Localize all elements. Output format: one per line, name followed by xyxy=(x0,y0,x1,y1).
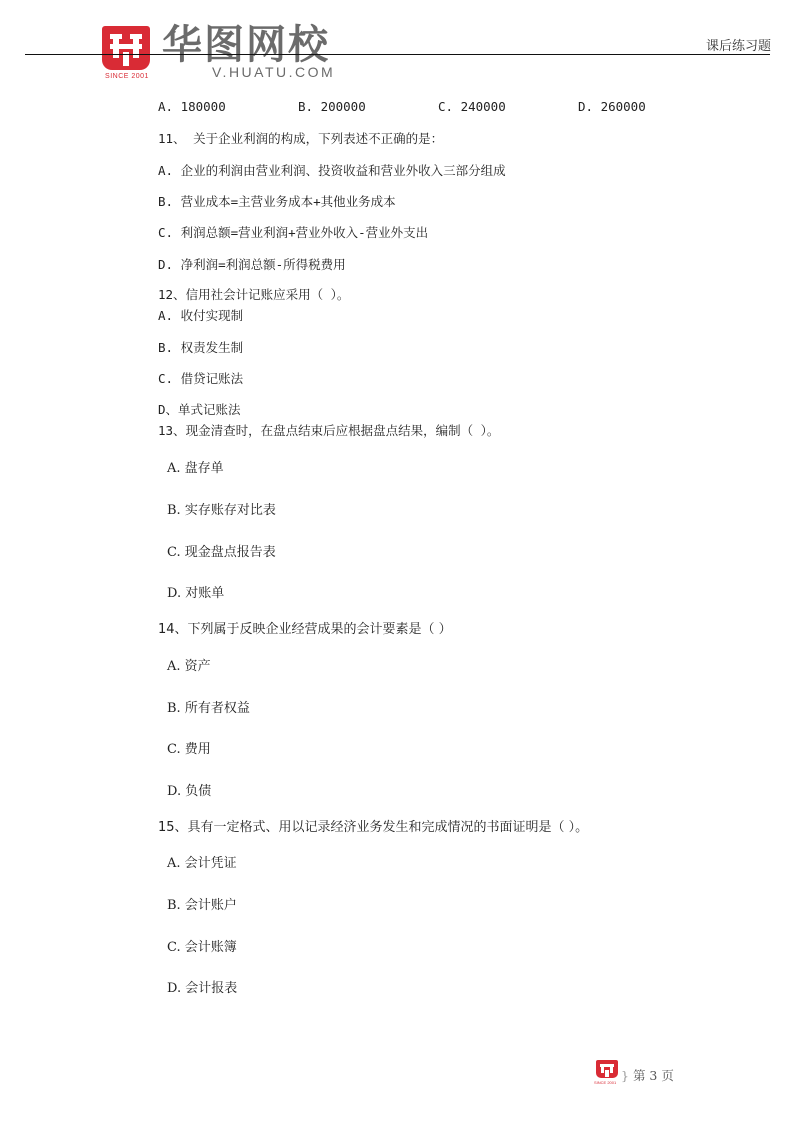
question-stem: 15、具有一定格式、用以记录经济业务发生和完成情况的书面证明是（ ）。 xyxy=(158,816,588,835)
option-a: A. 会计凭证 xyxy=(167,852,237,871)
question-stem: 13、现金清查时，在盘点结束后应根据盘点结果，编制（ ）。 xyxy=(158,421,499,439)
question-number: 14、 xyxy=(158,622,188,637)
option-a: A. 收付实现制 xyxy=(158,306,243,324)
question-number: 11、 xyxy=(158,131,186,146)
page-label: 第 3 页 xyxy=(633,1068,674,1083)
option-c: C. 现金盘点报告表 xyxy=(167,541,276,560)
footer-since-text: SINCE 2001 xyxy=(594,1080,616,1085)
option-c: C. 利润总额=营业利润+营业外收入-营业外支出 xyxy=(158,223,428,241)
option-a: A. 企业的利润由营业利润、投资收益和营业外收入三部分组成 xyxy=(158,161,506,179)
option-c: C. 借贷记账法 xyxy=(158,369,243,387)
page-number: } 第 3 页 xyxy=(621,1066,674,1084)
option-b: B. 实存账存对比表 xyxy=(167,499,276,518)
option-b: B. 会计账户 xyxy=(167,894,237,913)
question-number: 15、 xyxy=(158,820,188,835)
question-number: 12、 xyxy=(158,287,186,302)
logo-since-text: SINCE 2001 xyxy=(102,73,152,80)
question-stem: 12、信用社会计记账应采用（ ）。 xyxy=(158,285,349,303)
question-number: 13、 xyxy=(158,423,186,438)
option-c: C. 会计账簿 xyxy=(167,936,237,955)
brand-name: 华图网校 xyxy=(162,22,330,68)
header-divider xyxy=(25,54,770,55)
shield-logo-icon xyxy=(102,26,150,70)
question-text: 信用社会计记账应采用（ ）。 xyxy=(186,287,350,302)
option-d: D. 对账单 xyxy=(167,582,224,601)
brand-url: V.HUATU.COM xyxy=(212,64,335,80)
option-d: D. 负债 xyxy=(167,780,211,799)
option-c: C. 240000 xyxy=(438,99,506,114)
option-b: B. 营业成本=主营业务成本+其他业务成本 xyxy=(158,192,396,210)
option-a: A. 180000 xyxy=(158,99,226,114)
question-text: 现金清查时，在盘点结束后应根据盘点结果，编制（ ）。 xyxy=(186,423,500,438)
option-d: D. 260000 xyxy=(578,99,646,114)
footer-logo-icon xyxy=(596,1060,618,1078)
section-title: 课后练习题 xyxy=(706,35,771,54)
question-stem: 11、 关于企业利润的构成，下列表述不正确的是： xyxy=(158,129,443,147)
option-d: D、单式记账法 xyxy=(158,400,241,418)
question-text: 关于企业利润的构成，下列表述不正确的是： xyxy=(186,131,444,146)
option-a: A. 资产 xyxy=(167,655,211,674)
option-b: B. 200000 xyxy=(298,99,366,114)
option-d: D. 会计报表 xyxy=(167,977,237,996)
option-b: B. 权责发生制 xyxy=(158,338,243,356)
question-text: 下列属于反映企业经营成果的会计要素是（ ） xyxy=(188,622,452,637)
question-stem: 14、下列属于反映企业经营成果的会计要素是（ ） xyxy=(158,618,452,637)
huatu-logo: SINCE 2001 华图网校 V.HUATU.COM xyxy=(102,26,352,86)
option-c: C. 费用 xyxy=(167,738,211,757)
option-a: A. 盘存单 xyxy=(167,457,224,476)
option-b: B. 所有者权益 xyxy=(167,697,250,716)
question-text: 具有一定格式、用以记录经济业务发生和完成情况的书面证明是（ ）。 xyxy=(188,820,589,835)
option-d: D. 净利润=利润总额-所得税费用 xyxy=(158,255,346,273)
